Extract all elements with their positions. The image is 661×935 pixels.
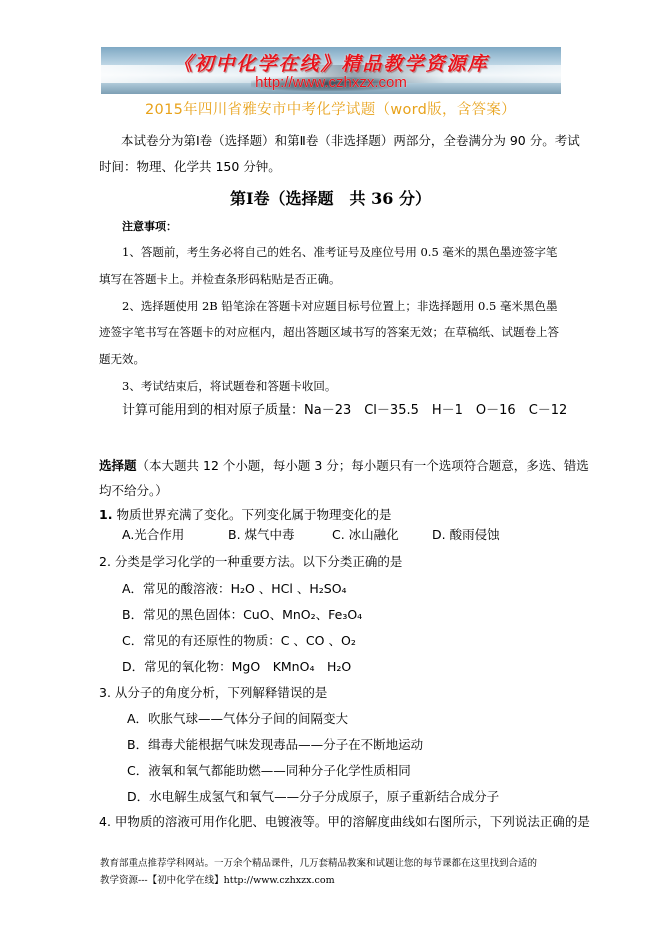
question-stem: 分类是学习化学的一种重要方法。以下分类正确的是	[115, 554, 403, 569]
intro-line-1: 本试卷分为第Ⅰ卷（选择题）和第Ⅱ卷（非选择题）两部分，全卷满分为 90 分。考试	[121, 133, 580, 149]
question-1: 1. 物质世界充满了变化。下列变化属于物理变化的是	[99, 507, 391, 523]
question-2-option-d: D．常见的氧化物：MgO KMnO₄ H₂O	[122, 659, 351, 675]
atomic-mass-line: 计算可能用到的相对原子质量：Na－23 Cl－35.5 H－1 O－16 C－1…	[122, 403, 567, 419]
option-formula: CuO、MnO₂、Fe₃O₄	[243, 607, 362, 622]
choice-instructions-line-2: 均不给分。）	[99, 483, 168, 499]
notice-1-line-2: 填写在答题卡上。并检查条形码粘贴是否正确。	[99, 271, 341, 287]
question-2-option-b: B．常见的黑色固体：CuO、MnO₂、Fe₃O₄	[122, 607, 362, 623]
banner-url[interactable]: http://www.czhxzx.com	[101, 74, 561, 91]
question-3-option-d: D．水电解生成氢气和氧气——分子分成原子，原子重新结合成分子	[127, 789, 499, 805]
question-number: 3.	[99, 685, 111, 700]
footer-line-2[interactable]: 教学资源---【初中化学在线】http://www.czhxzx.com	[100, 872, 537, 889]
option-label: A．常见的酸溶液：	[122, 581, 231, 596]
notice-3-line-1: 3、考试结束后，将试题卷和答题卡收回。	[122, 378, 336, 394]
option-formula: H₂O 、HCl 、H₂SO₄	[231, 581, 347, 596]
question-1-option-c: C. 冰山融化	[332, 527, 399, 543]
section-title: 第Ⅰ卷（选择题 共 36 分）	[0, 186, 661, 209]
notice-2-line-3: 题无效。	[99, 351, 145, 367]
question-number: 4.	[99, 814, 111, 829]
question-stem: 物质世界充满了变化。下列变化属于物理变化的是	[116, 507, 391, 522]
page-footer: 教育部重点推荐学科网站。一万余个精品课件，几万套精品教案和试题让您的每节课都在这…	[100, 855, 537, 889]
option-label: C．常见的有还原性的物质：	[122, 633, 281, 648]
question-3-option-a: A．吹胀气球——气体分子间的间隔变大	[127, 711, 348, 727]
intro-line-2: 时间：物理、化学共 150 分钟。	[99, 159, 281, 175]
option-formula: C 、CO 、O₂	[281, 633, 356, 648]
notice-1-line-1: 1、答题前，考生务必将自己的姓名、准考证号及座位号用 0.5 毫米的黑色墨迹签字…	[122, 244, 557, 260]
option-formula: MgO KMnO₄ H₂O	[232, 659, 352, 674]
question-1-option-d: D. 酸雨侵蚀	[432, 527, 500, 543]
document-title: 2015年四川省雅安市中考化学试题（word版，含答案）	[0, 98, 661, 119]
choice-instructions: 选择题（本大题共 12 个小题，每小题 3 分；每小题只有一个选项符合题意，多选…	[99, 458, 589, 474]
footer-line-1: 教育部重点推荐学科网站。一万余个精品课件，几万套精品教案和试题让您的每节课都在这…	[100, 855, 537, 872]
question-stem: 甲物质的溶液可用作化肥、电镀液等。甲的溶解度曲线如右图所示，下列说法正确的是	[115, 814, 590, 829]
question-stem: 从分子的角度分析，下列解释错误的是	[115, 685, 328, 700]
question-4: 4. 甲物质的溶液可用作化肥、电镀液等。甲的溶解度曲线如右图所示，下列说法正确的…	[99, 814, 590, 830]
question-1-option-a: A.光合作用	[122, 527, 184, 543]
notice-label: 注意事项：	[122, 218, 177, 234]
site-banner: 《初中化学在线》精品教学资源库 http://www.czhxzx.com	[101, 47, 561, 94]
question-2-option-a: A．常见的酸溶液：H₂O 、HCl 、H₂SO₄	[122, 581, 347, 597]
choice-heading: 选择题	[99, 458, 137, 473]
question-3: 3. 从分子的角度分析，下列解释错误的是	[99, 685, 327, 701]
question-number: 1.	[99, 507, 112, 522]
notice-2-line-1: 2、选择题使用 2B 铅笔涂在答题卡对应题目标号位置上；非选择题用 0.5 毫米…	[122, 298, 558, 314]
question-3-option-c: C．液氧和氧气都能助燃——同种分子化学性质相同	[127, 763, 411, 779]
notice-2-line-2: 迹签字笔书写在答题卡的对应框内，超出答题区域书写的答案无效；在草稿纸、试题卷上答	[99, 324, 559, 340]
question-2: 2. 分类是学习化学的一种重要方法。以下分类正确的是	[99, 554, 402, 570]
question-3-option-b: B．缉毒犬能根据气味发现毒品——分子在不断地运动	[127, 737, 423, 753]
banner-title: 《初中化学在线》精品教学资源库	[101, 49, 561, 76]
option-label: D．常见的氧化物：	[122, 659, 232, 674]
choice-instructions-text: （本大题共 12 个小题，每小题 3 分；每小题只有一个选项符合题意，多选、错选	[137, 458, 589, 473]
option-label: B．常见的黑色固体：	[122, 607, 243, 622]
question-2-option-c: C．常见的有还原性的物质：C 、CO 、O₂	[122, 633, 356, 649]
question-1-option-b: B. 煤气中毒	[228, 527, 295, 543]
question-number: 2.	[99, 554, 111, 569]
